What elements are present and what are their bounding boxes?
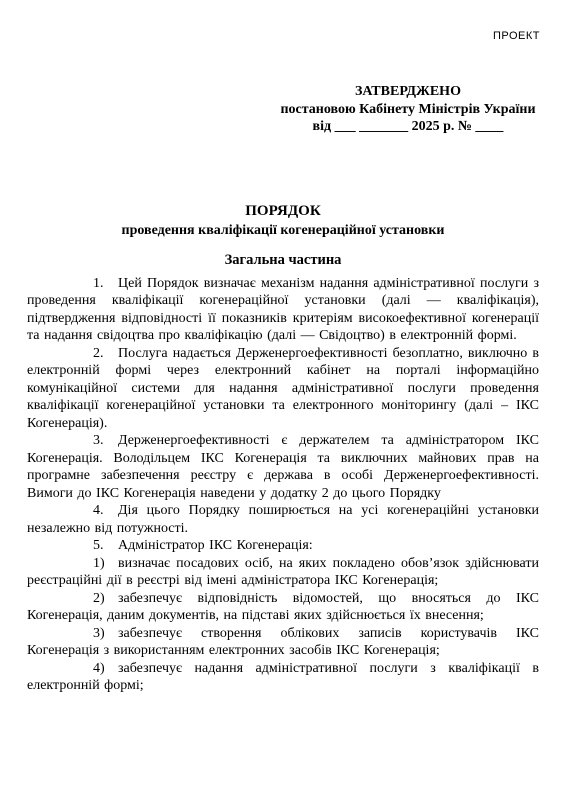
paragraph: 3.Держенергоефективності є держателем та… (27, 432, 539, 502)
approval-line-3: від ___ _______ 2025 р. № ____ (260, 118, 556, 136)
approval-line-1: ЗАТВЕРДЖЕНО (260, 83, 556, 101)
paragraph: 5.Адміністратор ІКС Когенерація: (27, 537, 539, 555)
approval-line-2: постановою Кабінету Міністрів України (260, 101, 556, 119)
list-item-number: 3) (93, 625, 118, 643)
list-item: 4)забезпечує надання адміністративної по… (27, 660, 539, 695)
paragraph-number: 3. (93, 432, 118, 450)
list-item-number: 4) (93, 660, 118, 678)
list-item-number: 2) (93, 590, 118, 608)
paragraph-number: 1. (93, 275, 118, 293)
document-page: ПРОЕКТ ЗАТВЕРДЖЕНО постановою Кабінету М… (0, 0, 566, 800)
paragraph-number: 4. (93, 502, 118, 520)
paragraph-number: 2. (93, 345, 118, 363)
title-main: ПОРЯДОК (0, 202, 566, 221)
section-heading: Загальна частина (0, 252, 566, 269)
paragraph: 4.Дія цього Порядку поширюється на усі к… (27, 502, 539, 537)
paragraph-text: Адміністратор ІКС Когенерація: (118, 538, 313, 553)
document-body: 1.Цей Порядок визначає механізм надання … (27, 275, 539, 695)
list-item: 1)визначає посадових осіб, на яких покла… (27, 555, 539, 590)
list-item: 3)забезпечує створення облікових записів… (27, 625, 539, 660)
paragraph: 2.Послуга надається Держенергоефективнос… (27, 345, 539, 433)
draft-label: ПРОЕКТ (0, 30, 540, 43)
paragraph: 1.Цей Порядок визначає механізм надання … (27, 275, 539, 345)
approval-block: ЗАТВЕРДЖЕНО постановою Кабінету Міністрі… (260, 83, 556, 136)
paragraph-number: 5. (93, 537, 118, 555)
title-subtitle: проведення кваліфікації когенераційної у… (0, 221, 566, 240)
document-title: ПОРЯДОК проведення кваліфікації когенера… (0, 202, 566, 240)
list-item: 2)забезпечує відповідність відомостей, щ… (27, 590, 539, 625)
list-item-number: 1) (93, 555, 118, 573)
